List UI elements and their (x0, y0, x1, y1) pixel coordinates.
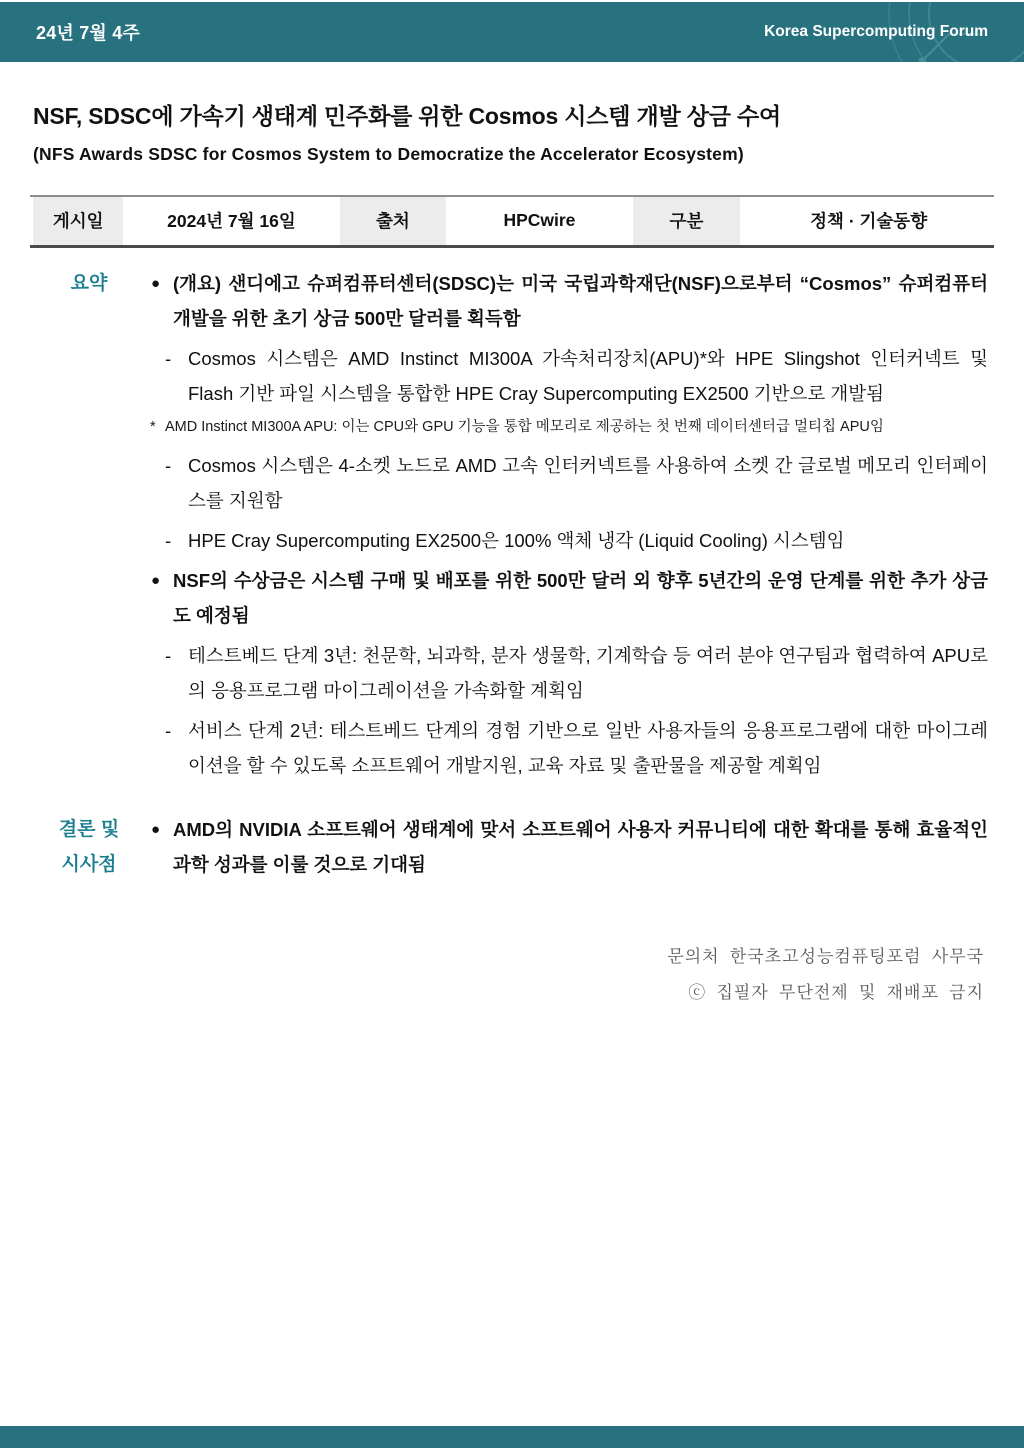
dash-marker-icon: - (165, 523, 171, 558)
meta-label-category: 구분 (630, 197, 744, 245)
summary-section-label: 요약 (30, 266, 148, 788)
conclusion-list: ●AMD의 NVIDIA 소프트웨어 생태계에 맞서 소프트웨어 사용자 커뮤니… (148, 812, 994, 887)
item-text: NSF의 수상금은 시스템 구매 및 배포를 위한 500만 달러 외 향후 5… (173, 570, 988, 626)
conclusion-label-line2: 시사점 (30, 847, 148, 882)
list-item: ●(개요) 샌디에고 슈퍼컴퓨터센터(SDSC)는 미국 국립과학재단(NSF)… (148, 266, 988, 336)
item-text: Cosmos 시스템은 AMD Instinct MI300A 가속처리장치(A… (188, 348, 988, 404)
footer-copyright: ⓒ 집필자 무단전제 및 재배포 금지 (30, 975, 984, 1011)
list-item: -Cosmos 시스템은 4-소켓 노드로 AMD 고속 인터커넥트를 사용하여… (148, 448, 988, 518)
meta-value-category: 정책 · 기술동향 (743, 197, 994, 245)
item-text: (개요) 샌디에고 슈퍼컴퓨터센터(SDSC)는 미국 국립과학재단(NSF)으… (173, 273, 988, 329)
note-marker-icon: * (150, 416, 156, 439)
conclusion-section-label: 결론 및 시사점 (30, 812, 148, 887)
meta-value-source: HPCwire (449, 197, 629, 245)
item-text: 테스트베드 단계 3년: 천문학, 뇌과학, 분자 생물학, 기계학습 등 여러… (188, 645, 988, 701)
dash-marker-icon: - (165, 448, 171, 483)
summary-list: ●(개요) 샌디에고 슈퍼컴퓨터센터(SDSC)는 미국 국립과학재단(NSF)… (148, 266, 994, 788)
item-text: AMD Instinct MI300A APU: 이는 CPU와 GPU 기능을… (165, 419, 884, 435)
meta-label-posted-date: 게시일 (30, 197, 126, 245)
document-footer: 문의처 한국초고성능컴퓨팅포럼 사무국 ⓒ 집필자 무단전제 및 재배포 금지 (30, 939, 994, 1011)
issue-week-label: 24년 7월 4주 (36, 19, 140, 45)
item-text: AMD의 NVIDIA 소프트웨어 생태계에 맞서 소프트웨어 사용자 커뮤니티… (173, 819, 988, 875)
bullet-marker-icon: ● (151, 812, 160, 847)
dash-marker-icon: - (165, 638, 171, 673)
dash-marker-icon: - (165, 341, 171, 376)
list-item: -Cosmos 시스템은 AMD Instinct MI300A 가속처리장치(… (148, 341, 988, 411)
item-text: Cosmos 시스템은 4-소켓 노드로 AMD 고속 인터커넥트를 사용하여 … (188, 455, 988, 511)
newsletter-page: 24년 7월 4주 Korea Supercomputing Forum NSF… (0, 0, 1024, 1448)
item-text: 서비스 단계 2년: 테스트베드 단계의 경험 기반으로 일반 사용자들의 응용… (188, 720, 988, 776)
bullet-marker-icon: ● (151, 563, 160, 598)
article-title-korean: NSF, SDSC에 가속기 생태계 민주화를 위한 Cosmos 시스템 개발… (33, 102, 991, 132)
list-item: -서비스 단계 2년: 테스트베드 단계의 경험 기반으로 일반 사용자들의 응… (148, 713, 988, 783)
list-item: -HPE Cray Supercomputing EX2500은 100% 액체… (148, 523, 988, 558)
item-text: HPE Cray Supercomputing EX2500은 100% 액체 … (188, 530, 845, 551)
list-item: ●NSF의 수상금은 시스템 구매 및 배포를 위한 500만 달러 외 향후 … (148, 563, 988, 633)
dash-marker-icon: - (165, 713, 171, 748)
header-bar: 24년 7월 4주 Korea Supercomputing Forum (0, 2, 1024, 62)
document-body: NSF, SDSC에 가속기 생태계 민주화를 위한 Cosmos 시스템 개발… (0, 62, 1024, 1011)
meta-value-posted-date: 2024년 7월 16일 (126, 197, 336, 245)
meta-label-source: 출처 (337, 197, 450, 245)
footer-bar (0, 1426, 1024, 1448)
brand-title: Korea Supercomputing Forum (764, 23, 988, 41)
conclusion-label-line1: 결론 및 (30, 812, 148, 847)
bullet-marker-icon: ● (151, 266, 160, 301)
meta-table: 게시일 2024년 7월 16일 출처 HPCwire 구분 정책 · 기술동향 (30, 195, 994, 248)
list-item: -테스트베드 단계 3년: 천문학, 뇌과학, 분자 생물학, 기계학습 등 여… (148, 638, 988, 708)
list-item: ●AMD의 NVIDIA 소프트웨어 생태계에 맞서 소프트웨어 사용자 커뮤니… (148, 812, 988, 882)
conclusion-section: 결론 및 시사점 ●AMD의 NVIDIA 소프트웨어 생태계에 맞서 소프트웨… (30, 812, 994, 887)
footer-contact: 문의처 한국초고성능컴퓨팅포럼 사무국 (30, 939, 984, 975)
summary-section: 요약 ●(개요) 샌디에고 슈퍼컴퓨터센터(SDSC)는 미국 국립과학재단(N… (30, 266, 994, 788)
article-title-english: (NFS Awards SDSC for Cosmos System to De… (33, 144, 991, 165)
list-item: *AMD Instinct MI300A APU: 이는 CPU와 GPU 기능… (148, 416, 988, 439)
